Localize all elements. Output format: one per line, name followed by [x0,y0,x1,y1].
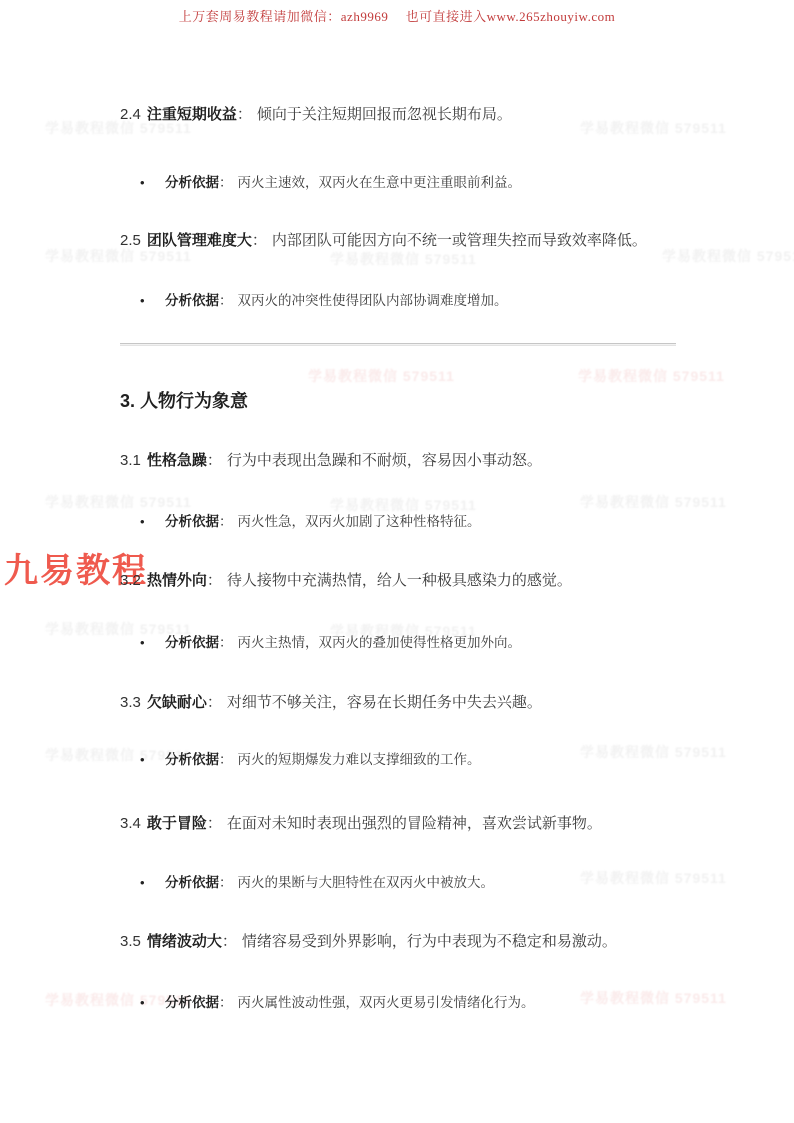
bullet-3-4: •分析依据：丙火的果断与大胆特性在双丙火中被放大。 [140,874,680,893]
colon: ： [219,994,233,1013]
colon: ： [207,815,222,832]
bullet-3-2: •分析依据：丙火主热情，双丙火的叠加使得性格更加外向。 [140,634,680,653]
section-item-2-4: 2.4注重短期收益：倾向于关注短期回报而忽视长期布局。 [120,104,680,125]
colon: ： [219,513,233,532]
item-number: 2.5 [120,232,141,249]
bullet-label: 分析依据 [165,513,219,532]
bullet-3-5: •分析依据：丙火属性波动性强，双丙火更易引发情绪化行为。 [140,994,680,1013]
bullet-text: 丙火的果断与大胆特性在双丙火中被放大。 [238,874,495,893]
colon: ： [252,232,267,249]
colon: ： [219,174,233,193]
section-item-2-5: 2.5团队管理难度大：内部团队可能因方向不统一或管理失控而导致效率降低。 [120,230,680,251]
header-notice: 上万套周易教程请加微信：azh9969 也可直接进入www.265zhouyiw… [0,6,794,25]
colon: ： [219,751,233,770]
section-divider [120,343,676,346]
bullet-dot-icon: • [140,513,165,531]
bullet-dot-icon: • [140,174,165,192]
section-item-3-5: 3.5情绪波动大：情绪容易受到外界影响，行为中表现为不稳定和易激动。 [120,931,680,952]
item-number: 3.5 [120,933,141,950]
bullet-2-5: •分析依据：双丙火的冲突性使得团队内部协调难度增加。 [140,292,680,311]
item-title: 性格急躁 [147,452,207,469]
bullet-text: 丙火主速效，双丙火在生意中更注重眼前利益。 [238,174,522,193]
bullet-text: 丙火的短期爆发力难以支撑细致的工作。 [238,751,481,770]
watermark-tile: 学易教程微信 579511 [580,492,727,512]
item-desc: 对细节不够关注，容易在长期任务中失去兴趣。 [227,694,542,711]
item-title: 热情外向 [147,572,207,589]
bullet-dot-icon: • [140,292,165,310]
colon: ： [237,106,252,123]
colon: ： [207,694,222,711]
bullet-label: 分析依据 [165,751,219,770]
bullet-label: 分析依据 [165,174,219,193]
item-desc: 内部团队可能因方向不统一或管理失控而导致效率降低。 [272,232,647,249]
bullet-dot-icon: • [140,874,165,892]
colon: ： [219,874,233,893]
section-item-3-4: 3.4敢于冒险：在面对未知时表现出强烈的冒险精神，喜欢尝试新事物。 [120,813,680,834]
bullet-dot-icon: • [140,994,165,1012]
bullet-3-3: •分析依据：丙火的短期爆发力难以支撑细致的工作。 [140,751,680,770]
colon: ： [222,933,237,950]
colon: ： [207,572,222,589]
item-desc: 倾向于关注短期回报而忽视长期布局。 [257,106,512,123]
bullet-label: 分析依据 [165,994,219,1013]
bullet-text: 丙火性急，双丙火加剧了这种性格特征。 [238,513,481,532]
item-title: 欠缺耐心 [147,694,207,711]
colon: ： [219,634,233,653]
item-desc: 在面对未知时表现出强烈的冒险精神，喜欢尝试新事物。 [227,815,602,832]
watermark-tile: 学易教程微信 579511 [308,366,455,386]
item-desc: 情绪容易受到外界影响，行为中表现为不稳定和易激动。 [242,933,617,950]
bullet-label: 分析依据 [165,634,219,653]
watermark-tile: 学易教程微信 579511 [578,366,725,386]
bullet-dot-icon: • [140,634,165,652]
bullet-text: 丙火主热情，双丙火的叠加使得性格更加外向。 [238,634,522,653]
item-title: 注重短期收益 [147,106,237,123]
item-number: 3.1 [120,452,141,469]
item-number: 2.4 [120,106,141,123]
bullet-text: 双丙火的冲突性使得团队内部协调难度增加。 [238,292,508,311]
bullet-label: 分析依据 [165,874,219,893]
bullet-3-1: •分析依据：丙火性急，双丙火加剧了这种性格特征。 [140,513,680,532]
watermark-tile: 学易教程微信 579511 [662,246,794,266]
colon: ： [219,292,233,311]
item-title: 团队管理难度大 [147,232,252,249]
colon: ： [207,452,222,469]
item-number: 3.2 [120,572,141,589]
section-item-3-1: 3.1性格急躁：行为中表现出急躁和不耐烦，容易因小事动怒。 [120,450,680,471]
bullet-2-4: •分析依据：丙火主速效，双丙火在生意中更注重眼前利益。 [140,174,680,193]
watermark-tile: 学易教程微信 579511 [330,249,477,269]
item-number: 3.3 [120,694,141,711]
item-title: 情绪波动大 [147,933,222,950]
item-desc: 行为中表现出急躁和不耐烦，容易因小事动怒。 [227,452,542,469]
item-title: 敢于冒险 [147,815,207,832]
watermark-tile: 学易教程微信 579511 [330,495,477,515]
section-heading-3: 3. 人物行为象意 [120,387,680,413]
section-item-3-2: 3.2热情外向：待人接物中充满热情，给人一种极具感染力的感觉。 [120,570,680,591]
item-number: 3.4 [120,815,141,832]
item-desc: 待人接物中充满热情，给人一种极具感染力的感觉。 [227,572,572,589]
section-item-3-3: 3.3欠缺耐心：对细节不够关注，容易在长期任务中失去兴趣。 [120,692,680,713]
watermark-tile: 学易教程微信 579511 [45,492,192,512]
bullet-dot-icon: • [140,751,165,769]
bullet-label: 分析依据 [165,292,219,311]
document-page: { "header": { "notice": "上万套周易教程请加微信：azh… [0,0,794,1123]
watermark-layer: 九易教程 学易教程微信 579511学易教程微信 579511学易教程微信 57… [0,0,794,1123]
bullet-text: 丙火属性波动性强，双丙火更易引发情绪化行为。 [238,994,535,1013]
